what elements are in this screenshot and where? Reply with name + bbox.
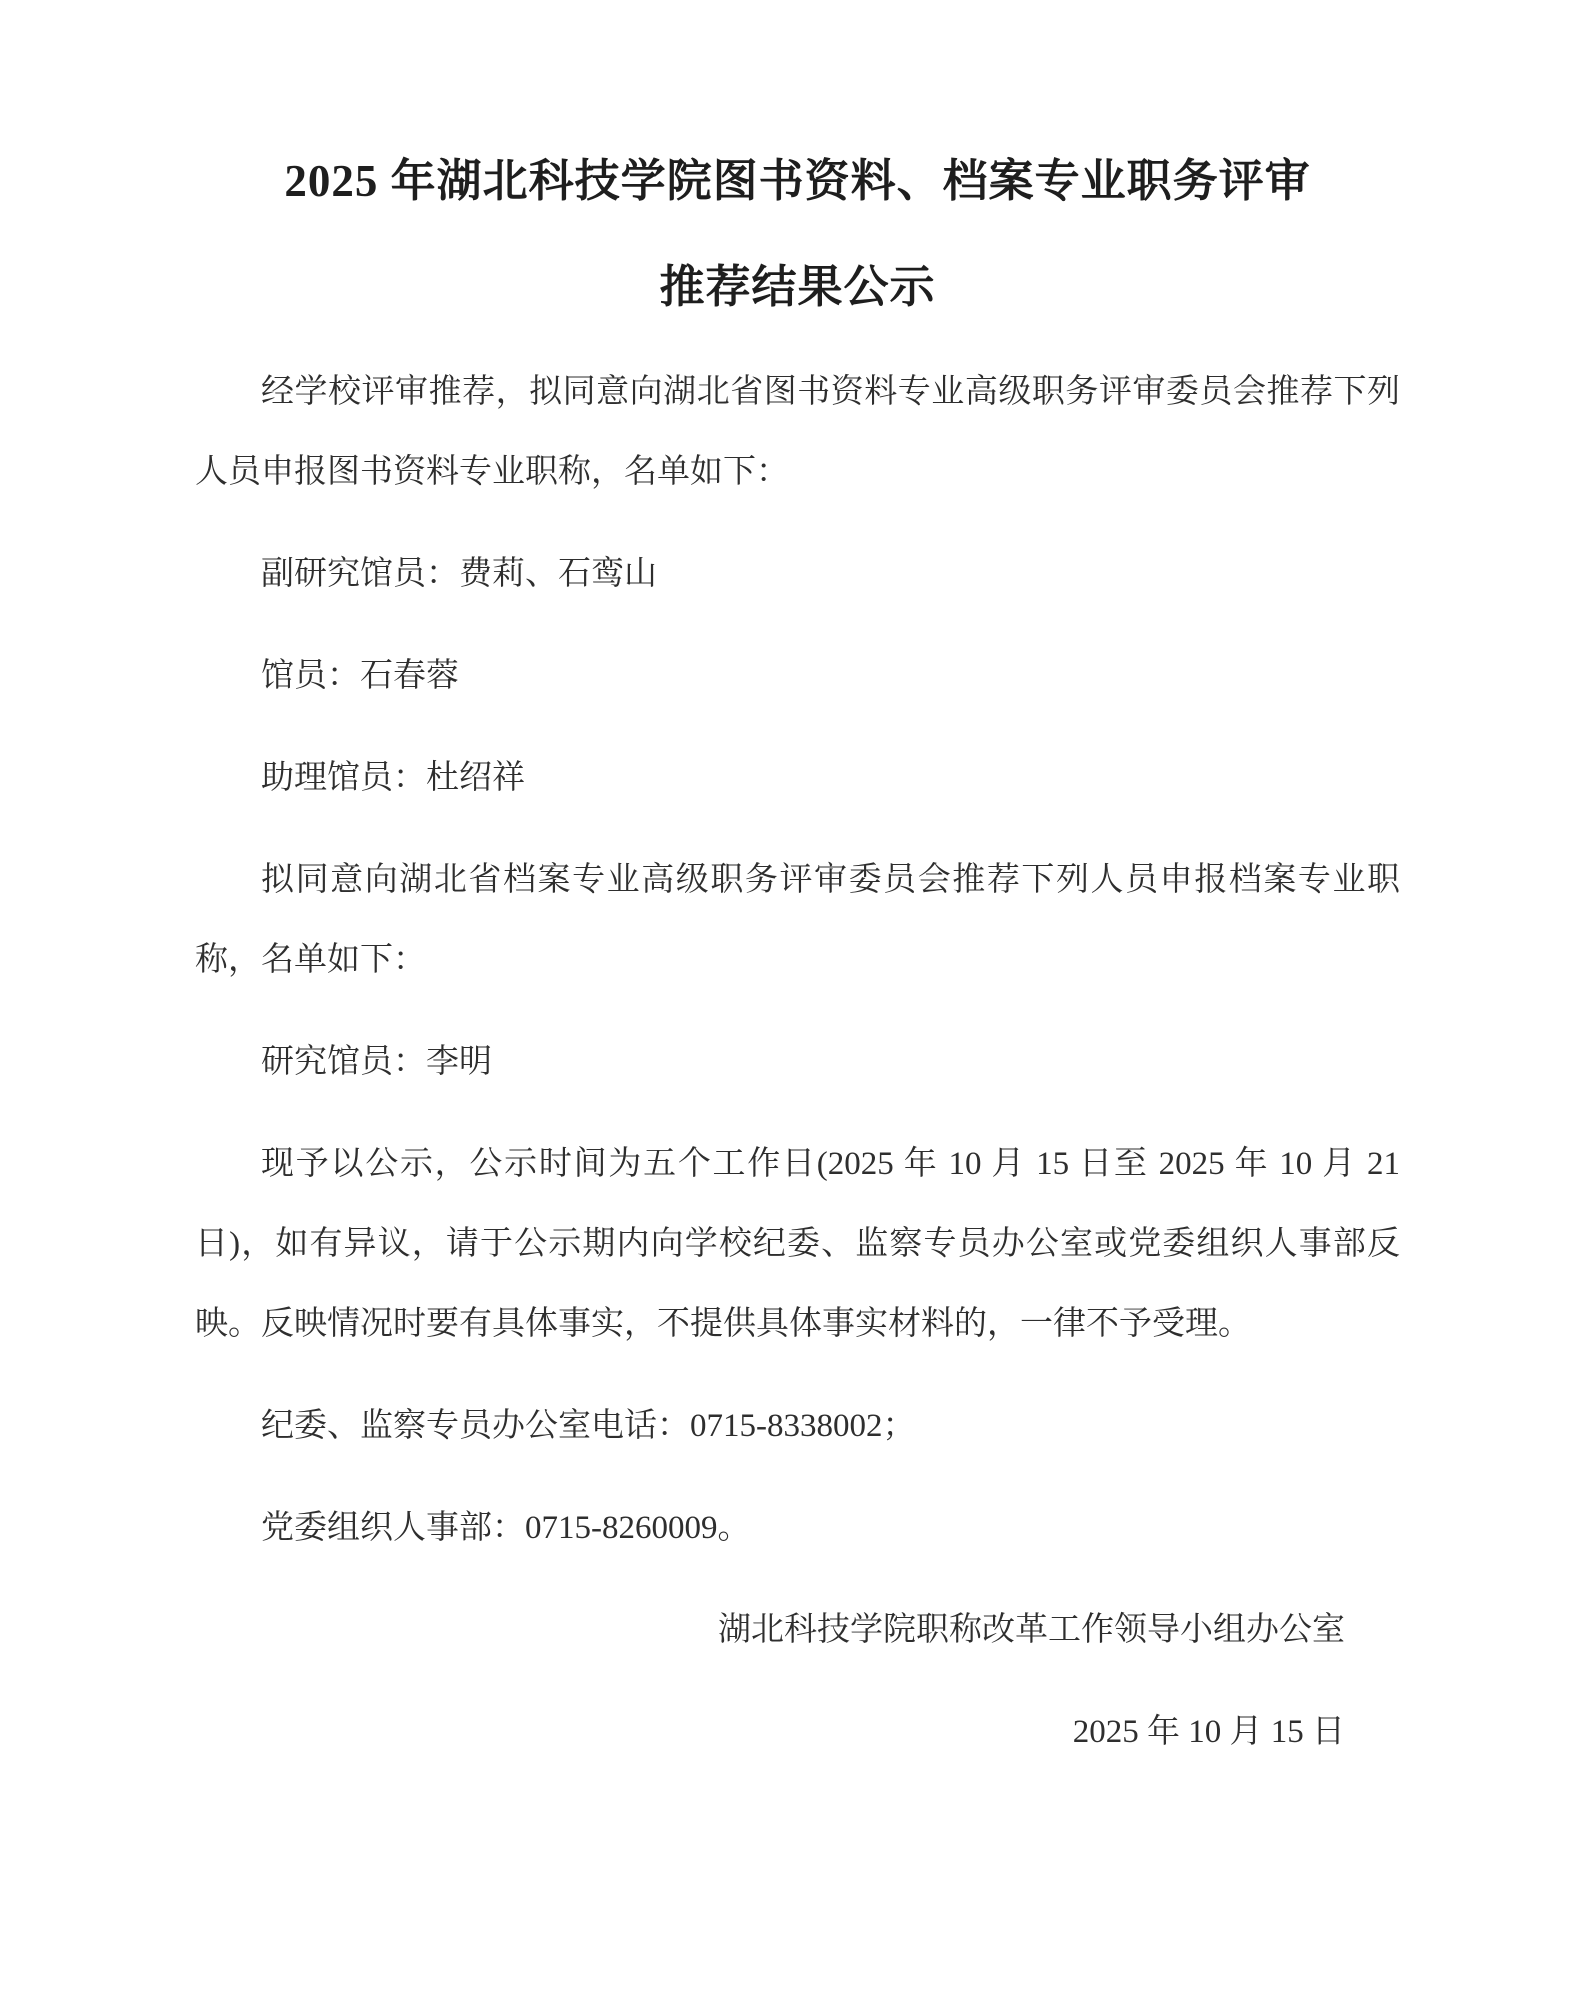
paragraph-personnel-office-phone: 党委组织人事部：0715-8260009。	[195, 1488, 1400, 1568]
document-title: 2025 年湖北科技学院图书资料、档案专业职务评审 推荐结果公示	[195, 128, 1400, 340]
paragraph-intro-library: 经学校评审推荐，拟同意向湖北省图书资料专业高级职务评审委员会推荐下列人员申报图书…	[195, 352, 1400, 512]
signature-office: 湖北科技学院职称改革工作领导小组办公室	[195, 1590, 1345, 1670]
document-signature-block: 湖北科技学院职称改革工作领导小组办公室 2025 年 10 月 15 日	[195, 1590, 1400, 1772]
paragraph-librarian: 馆员：石春蓉	[195, 636, 1400, 716]
document-body: 经学校评审推荐，拟同意向湖北省图书资料专业高级职务评审委员会推荐下列人员申报图书…	[195, 352, 1400, 1568]
title-line-2: 推荐结果公示	[195, 234, 1400, 340]
title-line-1: 2025 年湖北科技学院图书资料、档案专业职务评审	[195, 128, 1400, 234]
paragraph-associate-research-librarian: 副研究馆员：费莉、石鸾山	[195, 534, 1400, 614]
paragraph-research-librarian: 研究馆员：李明	[195, 1022, 1400, 1102]
paragraph-discipline-office-phone: 纪委、监察专员办公室电话：0715-8338002；	[195, 1386, 1400, 1466]
signature-date: 2025 年 10 月 15 日	[195, 1692, 1345, 1772]
paragraph-assistant-librarian: 助理馆员：杜绍祥	[195, 738, 1400, 818]
paragraph-publicity-period: 现予以公示，公示时间为五个工作日(2025 年 10 月 15 日至 2025 …	[195, 1124, 1400, 1364]
document-page: 2025 年湖北科技学院图书资料、档案专业职务评审 推荐结果公示 经学校评审推荐…	[0, 0, 1587, 1999]
paragraph-intro-archives: 拟同意向湖北省档案专业高级职务评审委员会推荐下列人员申报档案专业职称，名单如下：	[195, 840, 1400, 1000]
